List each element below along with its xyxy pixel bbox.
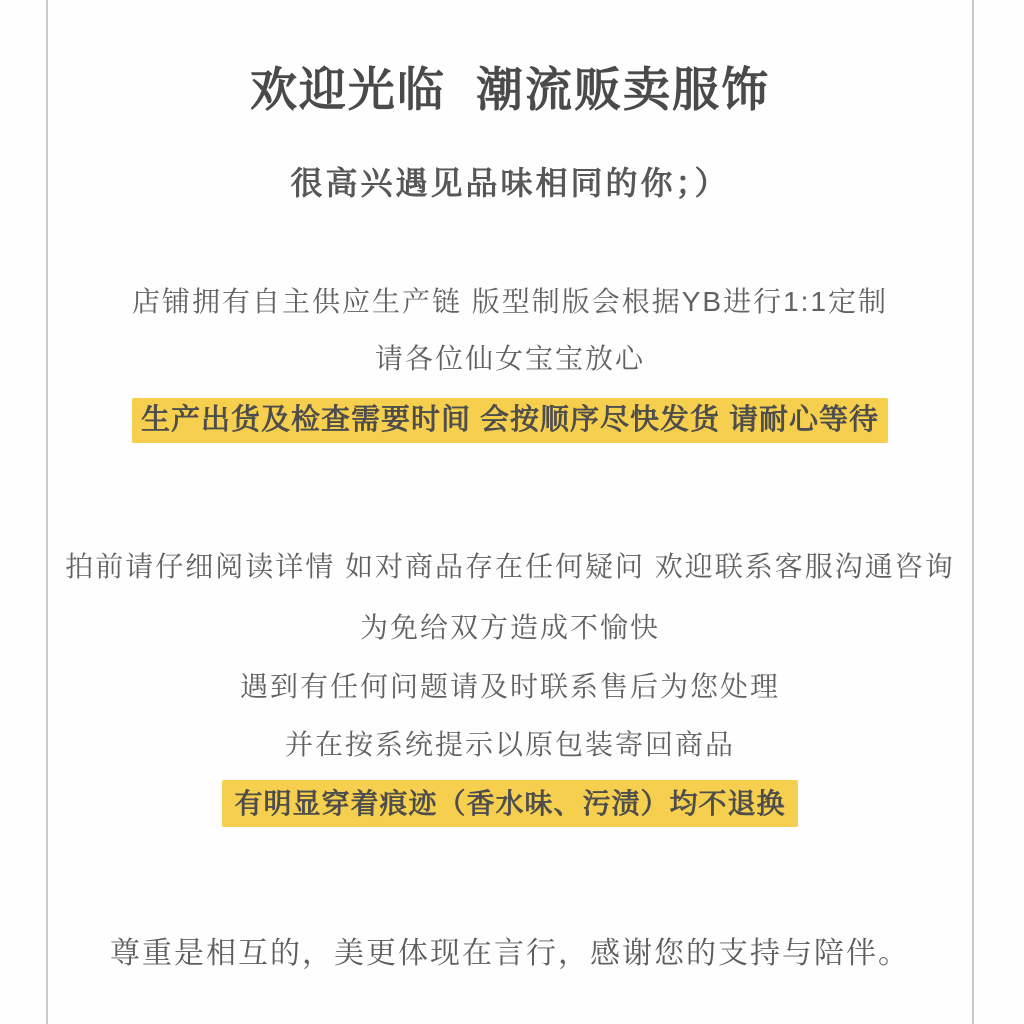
respect-footer-line: 尊重是相互的，美更体现在言行，感谢您的支持与陪伴。 bbox=[48, 936, 972, 972]
return-packaging-line: 并在按系统提示以原包装寄回商品 bbox=[48, 728, 972, 762]
page-right-border-line bbox=[972, 0, 974, 1024]
shipping-highlight-row: 生产出货及检查需要时间 会按顺序尽快发货 请耐心等待 bbox=[48, 398, 972, 443]
after-sales-line: 遇到有任何问题请及时联系售后为您处理 bbox=[48, 670, 972, 704]
pre-purchase-line: 拍前请仔细阅读详情 如对商品存在任何疑问 欢迎联系客服沟通咨询 bbox=[48, 550, 972, 584]
avoid-unpleasant-line: 为免给双方造成不愉快 bbox=[48, 611, 972, 645]
greeting-subtitle: 很高兴遇见品味相同的你；） bbox=[48, 164, 972, 202]
page-left-border-line bbox=[46, 0, 48, 1024]
reassurance-line: 请各位仙女宝宝放心 bbox=[48, 342, 972, 376]
shop-title: 欢迎光临 潮流贩卖服饰 bbox=[48, 62, 972, 118]
no-return-highlight: 有明显穿着痕迹（香水味、污渍）均不退换 bbox=[222, 780, 797, 827]
shop-notice-page: 欢迎光临 潮流贩卖服饰 很高兴遇见品味相同的你；） 店铺拥有自主供应生产链 版型… bbox=[0, 0, 1024, 1024]
no-return-highlight-row: 有明显穿着痕迹（香水味、污渍）均不退换 bbox=[48, 780, 972, 827]
supply-chain-line: 店铺拥有自主供应生产链 版型制版会根据YB进行1:1定制 bbox=[48, 285, 972, 319]
shipping-highlight: 生产出货及检查需要时间 会按顺序尽快发货 请耐心等待 bbox=[132, 398, 888, 443]
